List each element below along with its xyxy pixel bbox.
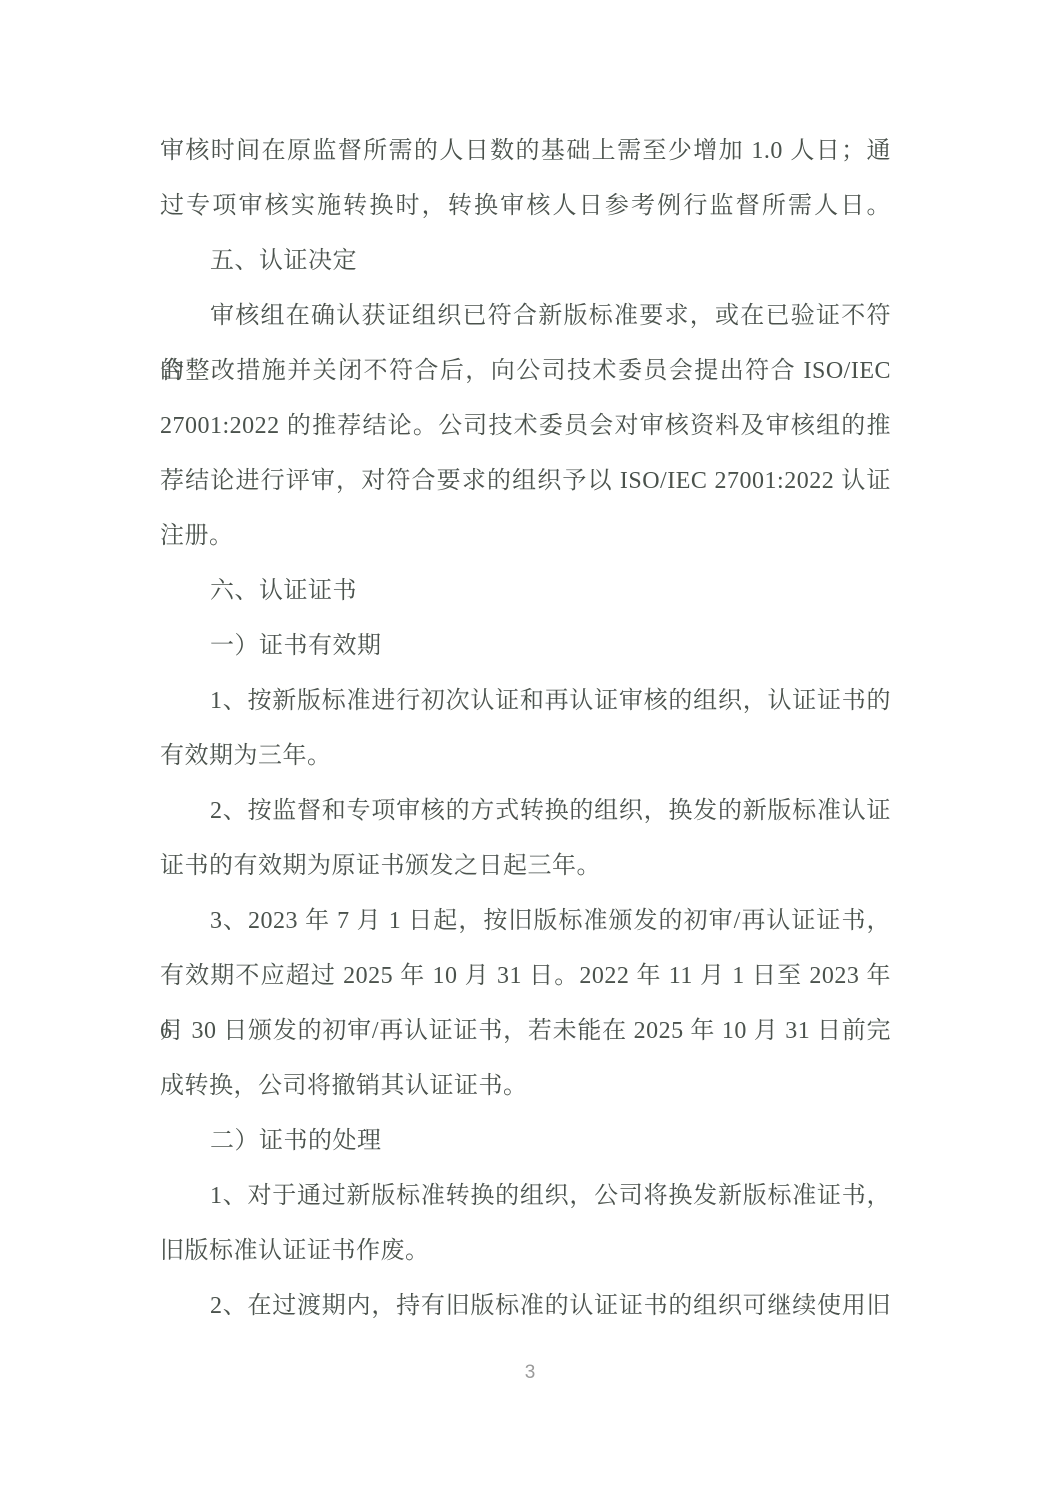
text-line: 2、按监督和专项审核的方式转换的组织，换发的新版标准认证: [160, 784, 891, 839]
text-line: 27001:2022 的推荐结论。公司技术委员会对审核资料及审核组的推: [160, 399, 891, 454]
text-line: 月 30 日颁发的初审/再认证证书，若未能在 2025 年 10 月 31 日前…: [160, 1004, 891, 1059]
text-line: 五、认证决定: [160, 234, 891, 289]
text-line: 成转换，公司将撤销其认证证书。: [160, 1059, 891, 1114]
text-line: 审核组在确认获证组织已符合新版标准要求，或在已验证不符合: [160, 289, 891, 344]
document-page: 审核时间在原监督所需的人日数的基础上需至少增加 1.0 人日；通过专项审核实施转…: [0, 0, 1060, 1500]
text-line: 2、在过渡期内，持有旧版标准的认证证书的组织可继续使用旧: [160, 1279, 891, 1334]
text-line: 有效期为三年。: [160, 729, 891, 784]
text-line: 荐结论进行评审，对符合要求的组织予以 ISO/IEC 27001:2022 认证: [160, 454, 891, 509]
page-footer: 3: [0, 1362, 1060, 1384]
text-line: 一）证书有效期: [160, 619, 891, 674]
document-body: 审核时间在原监督所需的人日数的基础上需至少增加 1.0 人日；通过专项审核实施转…: [160, 124, 891, 1334]
text-line: 二）证书的处理: [160, 1114, 891, 1169]
text-line: 1、对于通过新版标准转换的组织，公司将换发新版标准证书，: [160, 1169, 891, 1224]
page-number: 3: [525, 1362, 536, 1383]
text-line: 的整改措施并关闭不符合后，向公司技术委员会提出符合 ISO/IEC: [160, 344, 891, 399]
text-line: 证书的有效期为原证书颁发之日起三年。: [160, 839, 891, 894]
text-line: 六、认证证书: [160, 564, 891, 619]
text-line: 注册。: [160, 509, 891, 564]
text-line: 有效期不应超过 2025 年 10 月 31 日。2022 年 11 月 1 日…: [160, 949, 891, 1004]
text-line: 3、2023 年 7 月 1 日起，按旧版标准颁发的初审/再认证证书，: [160, 894, 891, 949]
text-line: 旧版标准认证证书作废。: [160, 1224, 891, 1279]
text-line: 1、按新版标准进行初次认证和再认证审核的组织，认证证书的: [160, 674, 891, 729]
text-line: 审核时间在原监督所需的人日数的基础上需至少增加 1.0 人日；通: [160, 124, 891, 179]
text-line: 过专项审核实施转换时，转换审核人日参考例行监督所需人日。: [160, 179, 891, 234]
